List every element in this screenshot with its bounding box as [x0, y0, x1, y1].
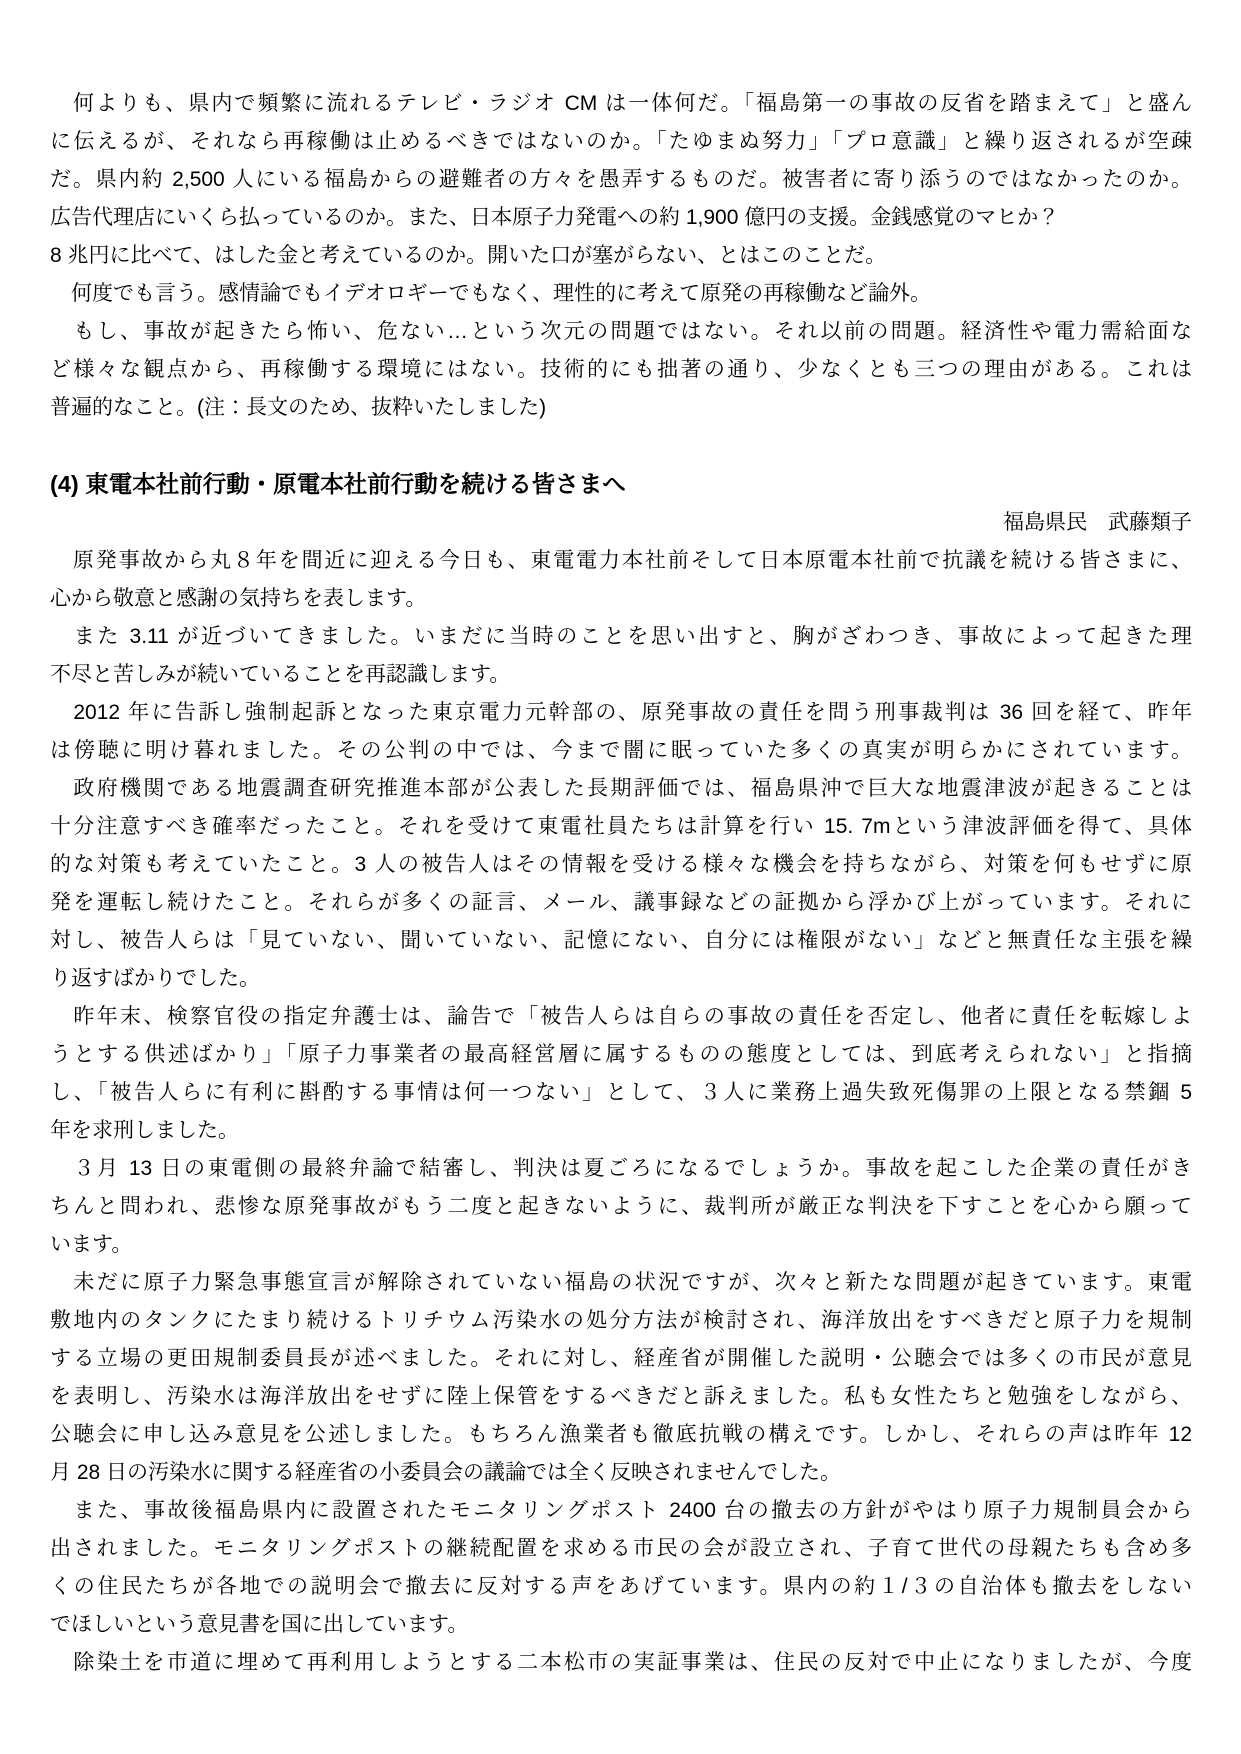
- text-line: 的な対策も考えていたこと。3 人の被告人はその情報を受ける様々な機会を持ちながら…: [50, 846, 1192, 884]
- text-line: でほしいという意見書を国に出しています。: [50, 1606, 1192, 1644]
- text-line: 未だに原子力緊急事態宣言が解除されていない福島の状況ですが、次々と新たな問題が起…: [50, 1264, 1192, 1302]
- paragraph: 2012 年に告訴し強制起訴となった東京電力元幹部の、原発事故の責任を問う刑事裁…: [50, 694, 1192, 770]
- paragraph: また、事故後福島県内に設置されたモニタリングポスト 2400 台の撤去の方針がや…: [50, 1492, 1192, 1644]
- paragraph: もし、事故が起きたら怖い、危ない…という次元の問題ではない。それ以前の問題。経済…: [50, 313, 1192, 427]
- text-line: 心から敬意と感謝の気持ちを表します。: [50, 580, 1192, 618]
- author-attribution: 福島県民 武藤類子: [50, 504, 1192, 542]
- paragraph: 何度でも言う。感情論でもイデオロギーでもなく、理性的に考えて原発の再稼働など論外…: [50, 275, 1192, 313]
- text-line: 敷地内のタンクにたまり続けるトリチウム汚染水の処分方法が検討され、海洋放出をすべ…: [50, 1302, 1192, 1340]
- text-line: 普遍的なこと。(注：長文のため、抜粋いたしました): [50, 389, 1192, 427]
- document-page: 何よりも、県内で頻繁に流れるテレビ・ラジオ CM は一体何だ。「福島第一の事故の…: [0, 0, 1241, 1754]
- paragraph: ３月 13 日の東電側の最終弁論で結審し、判決は夏ごろになるでしょうか。事故を起…: [50, 1150, 1192, 1264]
- paragraph: 原発事故から丸８年を間近に迎える今日も、東電電力本社前そして日本原電本社前で抗議…: [50, 542, 1192, 618]
- text-line: 原発事故から丸８年を間近に迎える今日も、東電電力本社前そして日本原電本社前で抗議…: [50, 542, 1192, 580]
- text-line: もし、事故が起きたら怖い、危ない…という次元の問題ではない。それ以前の問題。経済…: [50, 313, 1192, 351]
- text-line: だ。県内約 2,500 人にいる福島からの避難者の方々を愚弄するものだ。被害者に…: [50, 161, 1192, 199]
- text-line: ど様々な観点から、再稼働する環境にはない。技術的にも拙著の通り、少なくとも三つの…: [50, 351, 1192, 389]
- text-line: 公聴会に申し込み意見を公述しました。もちろん漁業者も徹底抗戦の構えです。しかし、…: [50, 1416, 1192, 1454]
- text-line: 除染土を市道に埋めて再利用しようとする二本松市の実証事業は、住民の反対で中止にな…: [50, 1644, 1192, 1682]
- text-line: ちんと問われ、悲惨な原発事故がもう二度と起きないように、裁判所が厳正な判決を下す…: [50, 1188, 1192, 1226]
- text-line: する立場の更田規制委員長が述べました。それに対し、経産省が開催した説明・公聴会で…: [50, 1340, 1192, 1378]
- text-line: 何度でも言う。感情論でもイデオロギーでもなく、理性的に考えて原発の再稼働など論外…: [50, 275, 1192, 313]
- section-heading: (4) 東電本社前行動・原電本社前行動を続ける皆さまへ: [50, 464, 1192, 504]
- text-line: うとする供述ばかり」「原子力事業者の最高経営層に属するものの態度としては、到底考…: [50, 1036, 1192, 1074]
- text-line: 対し、被告人らは「見ていない、聞いていない、記憶にない、自分には権限がない」など…: [50, 922, 1192, 960]
- paragraph: 未だに原子力緊急事態宣言が解除されていない福島の状況ですが、次々と新たな問題が起…: [50, 1264, 1192, 1492]
- text-line: ３月 13 日の東電側の最終弁論で結審し、判決は夏ごろになるでしょうか。事故を起…: [50, 1150, 1192, 1188]
- text-line: 政府機関である地震調査研究推進本部が公表した長期評価では、福島県沖で巨大な地震津…: [50, 770, 1192, 808]
- text-line: り返すばかりでした。: [50, 960, 1192, 998]
- text-line: を表明し、汚染水は海洋放出をせずに陸上保管をするべきだと訴えました。私も女性たち…: [50, 1378, 1192, 1416]
- paragraph: 政府機関である地震調査研究推進本部が公表した長期評価では、福島県沖で巨大な地震津…: [50, 770, 1192, 998]
- text-line: は傍聴に明け暮れました。その公判の中では、今まで闇に眠っていた多くの真実が明らか…: [50, 732, 1192, 770]
- text-line: 昨年末、検察官役の指定弁護士は、論告で「被告人らは自らの事故の責任を否定し、他者…: [50, 998, 1192, 1036]
- text-line: 年を求刑しました。: [50, 1112, 1192, 1150]
- text-line: また 3.11 が近づいてきました。いまだに当時のことを思い出すと、胸がざわつき…: [50, 618, 1192, 656]
- text-line: くの住民たちが各地での説明会で撤去に反対する声をあげています。県内の約１/３の自…: [50, 1568, 1192, 1606]
- text-line: 発を運転し続けたこと。それらが多くの証言、メール、議事録などの証拠から浮かび上が…: [50, 884, 1192, 922]
- text-line: います。: [50, 1226, 1192, 1264]
- paragraph: また 3.11 が近づいてきました。いまだに当時のことを思い出すと、胸がざわつき…: [50, 618, 1192, 694]
- text-line: 月 28 日の汚染水に関する経産省の小委員会の議論では全く反映されませんでした。: [50, 1454, 1192, 1492]
- text-line: 何よりも、県内で頻繁に流れるテレビ・ラジオ CM は一体何だ。「福島第一の事故の…: [50, 85, 1192, 123]
- text-line: また、事故後福島県内に設置されたモニタリングポスト 2400 台の撤去の方針がや…: [50, 1492, 1192, 1530]
- paragraph: 何よりも、県内で頻繁に流れるテレビ・ラジオ CM は一体何だ。「福島第一の事故の…: [50, 85, 1192, 275]
- paragraph: 除染土を市道に埋めて再利用しようとする二本松市の実証事業は、住民の反対で中止にな…: [50, 1644, 1192, 1682]
- text-line: 8 兆円に比べて、はした金と考えているのか。開いた口が塞がらない、とはこのことだ…: [50, 237, 1192, 275]
- text-line: し、「被告人らに有利に斟酌する事情は何一つない」として、３人に業務上過失致死傷罪…: [50, 1074, 1192, 1112]
- text-line: 2012 年に告訴し強制起訴となった東京電力元幹部の、原発事故の責任を問う刑事裁…: [50, 694, 1192, 732]
- text-line: に伝えるが、それなら再稼働は止めるべきではないのか。「たゆまぬ努力」「プロ意識」…: [50, 123, 1192, 161]
- text-line: 広告代理店にいくら払っているのか。また、日本原子力発電への約 1,900 億円の…: [50, 199, 1192, 237]
- text-line: 不尽と苦しみが続いていることを再認識します。: [50, 656, 1192, 694]
- text-line: 十分注意すべき確率だったこと。それを受けて東電社員たちは計算を行い 15. 7m…: [50, 808, 1192, 846]
- paragraph: 昨年末、検察官役の指定弁護士は、論告で「被告人らは自らの事故の責任を否定し、他者…: [50, 998, 1192, 1150]
- text-line: 出されました。モニタリングポストの継続配置を求める市民の会が設立され、子育て世代…: [50, 1530, 1192, 1568]
